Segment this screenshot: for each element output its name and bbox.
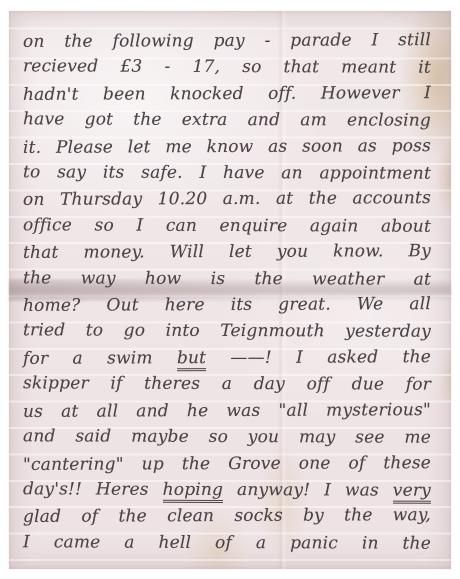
handwriting-line: to say its safe. I have an appointment [23,159,431,187]
double-underlined-word: but [177,348,206,371]
double-underlined-word: hoping [163,480,224,503]
handwriting-line: and said maybe so you may see me [23,423,431,451]
handwriting-line: hadn't been knocked off. However I [23,80,431,108]
handwriting-line: office so I can enquire again about [23,212,431,240]
handwriting-line: on Thursday 10.20 a.m. at the accounts [23,186,431,214]
handwriting-line: recieved £3 - 17, so that meant it [23,54,431,82]
handwriting-line: glad of the clean socks by the way, [23,502,431,530]
handwriting-line: home? Out here its great. We all [23,291,431,319]
handwriting-line: "cantering" up the Grove one of these [23,450,431,478]
double-underlined-word: very [393,480,431,503]
handwriting-block: on the following pay - parade I still re… [23,28,431,556]
photo-frame: on the following pay - parade I still re… [0,0,460,579]
handwriting-line: it. Please let me know as soon as poss [23,133,431,161]
handwriting-line: I came a hell of a panic in the [23,529,431,557]
handwriting-line: skipper if theres a day off due for [23,371,431,399]
handwriting-line: that money. Will let you know. By [23,238,431,266]
handwriting-line: have got the extra and am enclosing [23,107,431,135]
letter-paper: on the following pay - parade I still re… [9,11,451,569]
handwriting-line: day's!! Heres hoping anyway! I was very [23,476,431,504]
handwriting-line: on the following pay - parade I still [23,27,431,55]
handwriting-line: us at all and he was "all mysterious" [23,397,431,425]
handwriting-line: for a swim but ——! I asked the [23,344,431,372]
handwriting-line: the way how is the weather at [23,265,431,293]
handwriting-line: tried to go into Teignmouth yesterday [23,318,431,346]
